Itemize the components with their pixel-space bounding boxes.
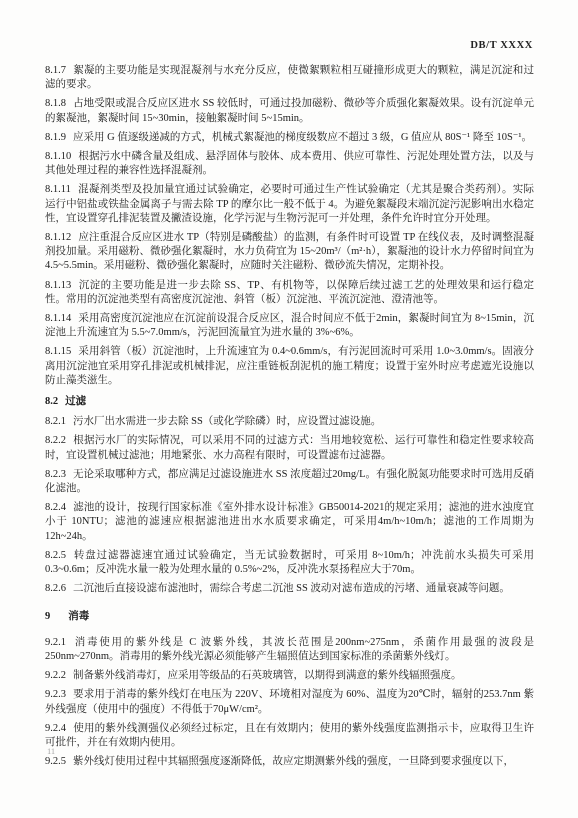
clause-text: 沉淀的主要功能是进一步去除 SS、TP、有机物等，以保障后续过滤工艺的处理效果和… [45,280,534,305]
clause-9-2-3: 9.2.3要求用于消毒的紫外线灯在电压为 220V、环境相对湿度为 60%、温度… [45,688,534,716]
clause-9-2-2: 9.2.2制备紫外线消毒灯，应采用等级品的石英玻璃管，以期得到满意的紫外线辐照强… [45,669,534,683]
clause-8-2-5: 8.2.5转盘过滤器滤速宜通过试验确定，当无试验数据时，可采用 8~10m/h；… [45,549,534,577]
clause-number: 8.1.14 [45,313,71,324]
clause-text: 应注重混合反应区进水 TP（特别是磷酸盐）的监测，有条件时可设置 TP 在线仪表… [45,232,534,271]
clause-number: 8.1.12 [45,232,71,243]
clause-8-1-11: 8.1.11混凝剂类型及投加量宜通过试验确定，必要时可通过生产性试验确定（尤其是… [45,183,534,226]
clause-9-2-4: 9.2.4使用的紫外线测强仪必须经过标定，且在有效期内；使用的紫外线强度监测指示… [45,722,534,750]
clause-9-2-1: 9.2.1消毒使用的紫外线是 C 波紫外线，其波长范围是200nm~275nm，… [45,636,534,664]
clause-8-1-10: 8.1.10根据污水中磷含量及组成、悬浮固体与胶体、成本费用、供应可靠性、污泥处… [45,150,534,178]
clause-number: 8.2.2 [45,435,66,446]
clause-8-1-13: 8.1.13沉淀的主要功能是进一步去除 SS、TP、有机物等，以保障后续过滤工艺… [45,279,534,307]
clause-text: 占地受限或混合反应区进水 SS 较低时，可通过投加磁粉、微砂等介质强化絮凝效果。… [45,98,534,123]
clause-text: 混凝剂类型及投加量宜通过试验确定，必要时可通过生产性试验确定（尤其是聚合类药剂）… [45,184,534,223]
clause-8-1-9: 8.1.9应采用 G 值逐级递减的方式，机械式絮凝池的梯度级数应不超过 3 级，… [45,131,534,145]
clause-number: 8.1.11 [45,184,71,195]
clause-number: 9.2.4 [45,723,66,734]
clause-number: 8.2.5 [45,550,66,561]
clause-number: 8.1.9 [45,132,66,143]
clause-text: 使用的紫外线测强仪必须经过标定，且在有效期内；使用的紫外线强度监测指示卡，应取得… [45,723,534,748]
clause-8-1-12: 8.1.12应注重混合反应区进水 TP（特别是磷酸盐）的监测，有条件时可设置 T… [45,231,534,274]
clause-text: 无论采取哪种方式，都应满足过滤设施进水 SS 浓度超过20mg/L。有强化脱氮功… [45,469,534,494]
clause-text: 采用高密度沉淀池应在沉淀前设混合反应区，混合时间应不低于2min，絮凝时间宜为 … [45,313,534,338]
clause-text: 制备紫外线消毒灯，应采用等级品的石英玻璃管，以期得到满意的紫外线辐照强度。 [73,670,462,681]
page-number: 11 [47,746,55,756]
section-title: 过滤 [65,396,86,407]
clause-9-2-5: 9.2.5紫外线灯使用过程中其辐照强度逐渐降低，故应定期测紫外线的强度，一旦降到… [45,755,534,769]
clause-number: 9.2.5 [45,756,66,767]
clause-number: 9.2.1 [45,637,66,648]
clause-text: 采用斜管（板）沉淀池时，上升流速宜为 0.4~0.6mm/s，有污泥回流时可采用… [45,346,534,385]
clause-8-1-14: 8.1.14采用高密度沉淀池应在沉淀前设混合反应区，混合时间应不低于2min，絮… [45,312,534,340]
clause-number: 8.1.7 [45,65,66,76]
clause-8-2-1: 8.2.1污水厂出水需进一步去除 SS（或化学除磷）时，应设置过滤设施。 [45,415,534,429]
clause-text: 消毒使用的紫外线是 C 波紫外线，其波长范围是200nm~275nm，杀菌作用最… [45,637,534,662]
chapter-number: 9 [45,611,50,622]
clause-number: 9.2.2 [45,670,66,681]
clause-text: 污水厂出水需进一步去除 SS（或化学除磷）时，应设置过滤设施。 [73,416,381,427]
clause-number: 8.1.15 [45,346,71,357]
clause-8-2-4: 8.2.4滤池的设计，按现行国家标准《室外排水设计标准》GB50014-2021… [45,501,534,544]
section-number: 8.2 [45,396,58,407]
clause-8-1-15: 8.1.15采用斜管（板）沉淀池时，上升流速宜为 0.4~0.6mm/s，有污泥… [45,345,534,388]
clause-number: 8.2.6 [45,583,66,594]
clause-8-2-3: 8.2.3无论采取哪种方式，都应满足过滤设施进水 SS 浓度超过20mg/L。有… [45,468,534,496]
clause-8-2-6: 8.2.6二沉池后直接设滤布滤池时，需综合考虑二沉池 SS 波动对滤布造成的污堵… [45,582,534,596]
chapter-title: 消毒 [68,611,89,622]
clause-8-2-2: 8.2.2根据污水厂的实际情况，可以采用不同的过滤方式：当用地较宽松、运行可靠性… [45,434,534,462]
standard-number: DB/T XXXX [470,40,533,51]
clause-text: 转盘过滤器滤速宜通过试验确定，当无试验数据时，可采用 8~10m/h；冲洗前水头… [45,550,534,575]
clause-8-1-8: 8.1.8占地受限或混合反应区进水 SS 较低时，可通过投加磁粉、微砂等介质强化… [45,97,534,125]
clause-number: 8.1.8 [45,98,66,109]
clause-text: 紫外线灯使用过程中其辐照强度逐渐降低，故应定期测紫外线的强度，一旦降到要求强度以… [73,756,514,767]
document-body: 8.1.7絮凝的主要功能是实现混凝剂与水充分反应，使微絮颗粒相互碰撞形成更大的颗… [45,64,534,774]
clause-number: 9.2.3 [45,689,66,700]
clause-number: 8.2.3 [45,469,66,480]
clause-number: 8.1.10 [45,151,71,162]
clause-8-1-7: 8.1.7絮凝的主要功能是实现混凝剂与水充分反应，使微絮颗粒相互碰撞形成更大的颗… [45,64,534,92]
clause-text: 根据污水厂的实际情况，可以采用不同的过滤方式：当用地较宽松、运行可靠性和稳定性要… [45,435,534,460]
clause-text: 滤池的设计，按现行国家标准《室外排水设计标准》GB50014-2021的规定采用… [45,502,534,541]
page-header: DB/T XXXX [470,40,533,51]
chapter-heading-9: 9消毒 [45,610,534,624]
clause-text: 二沉池后直接设滤布滤池时，需综合考虑二沉池 SS 波动对滤布造成的污堵、通量衰减… [73,583,510,594]
clause-text: 絮凝的主要功能是实现混凝剂与水充分反应，使微絮颗粒相互碰撞形成更大的颗粒，满足沉… [45,65,534,90]
clause-text: 根据污水中磷含量及组成、悬浮固体与胶体、成本费用、供应可靠性、污泥处理处置方法，… [45,151,534,176]
clause-number: 8.1.13 [45,280,71,291]
clause-text: 要求用于消毒的紫外线灯在电压为 220V、环境相对湿度为 60%、温度为20℃时… [45,689,534,714]
section-heading-8-2: 8.2过滤 [45,395,534,409]
document-page: DB/T XXXX 8.1.7絮凝的主要功能是实现混凝剂与水充分反应，使微絮颗粒… [0,0,578,818]
clause-text: 应采用 G 值逐级递减的方式，机械式絮凝池的梯度级数应不超过 3 级，G 值应从… [73,132,532,143]
clause-number: 8.2.4 [45,502,66,513]
clause-number: 8.2.1 [45,416,66,427]
